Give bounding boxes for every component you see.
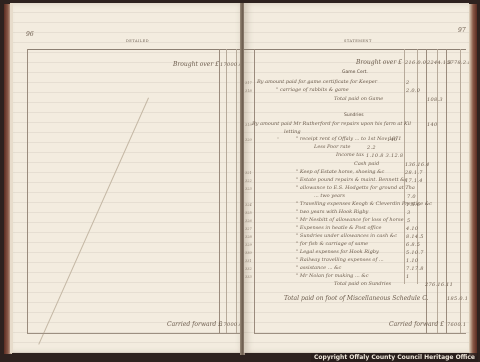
header-rule — [27, 49, 245, 50]
entry-amount: 7.17.8 — [406, 266, 424, 272]
amount-column-line — [446, 49, 447, 333]
section-title-sundries: Sundries — [344, 113, 364, 118]
entry-ref: 330 — [245, 251, 252, 255]
section-total-amount: 276.16.11 — [425, 282, 453, 288]
entry-amount: 136.16.4 — [405, 162, 430, 168]
entry-ref: 317 — [245, 81, 252, 85]
section-total-amount: 108.3 — [427, 97, 443, 103]
entry-text: letting — [284, 129, 301, 135]
right-page-number: 97 — [458, 27, 466, 34]
ledger-book: 96 DETAILED Brought over £ 17000.0.0 Car… — [0, 0, 480, 362]
brought-over-label: Brought over £ — [356, 59, 402, 66]
amount-column-line — [236, 49, 237, 333]
right-page-edges — [469, 4, 477, 356]
brought-over-amount-3: 5778.2.8 — [447, 60, 472, 66]
entry-text: " for fish & carriage of same — [296, 241, 368, 247]
entry-amount: 1.5.6 — [406, 202, 420, 208]
entry-ref: 323 — [245, 187, 252, 191]
amount-column-line — [226, 49, 227, 333]
amount-column-line — [426, 49, 427, 333]
entry-text: " Legal expenses for Hook Rigby — [296, 249, 379, 255]
entry-text: Less Poor rate — [314, 144, 351, 150]
entry-amount: 8.14.5 — [406, 234, 424, 240]
entry-text: " Expenses in heatle & Post office — [296, 225, 381, 231]
entry-text: " Keep of Estate horse, shoeing &c — [296, 169, 384, 175]
entry-ref: 325 — [245, 211, 252, 215]
entry-amount: 5 — [407, 218, 410, 224]
carried-forward-amount: 7600.1 — [447, 322, 466, 328]
schedule-total-amount: 185.0.1 — [447, 296, 468, 302]
entry-text: " Railway travelling expenses of ... — [296, 257, 384, 263]
entry-ref: 327 — [245, 227, 252, 231]
entry-amount: 28.1.7 — [405, 170, 423, 176]
entry-text: " Mr Nolan for making ... &c — [296, 273, 369, 279]
entry-amount: 2 — [406, 80, 409, 86]
entry-amount: 1.10.8 3.12.8 — [366, 153, 403, 159]
entry-text: " receipt rent of Offaly ... to 1st Nov … — [296, 136, 402, 142]
entry-amount: 1.10 — [406, 258, 418, 264]
right-column-heading: STATEMENT — [344, 39, 372, 43]
cancellation-stroke — [38, 98, 149, 345]
entry-text: " assistance ... &c — [296, 265, 341, 271]
entry-amount: 1 — [406, 274, 409, 280]
amount-column-line — [219, 49, 220, 333]
amount-column-line — [437, 49, 438, 333]
header-rule — [244, 49, 466, 50]
entry-text: " allowance to E.S. Hodgetts for ground … — [296, 185, 415, 191]
ditto-mark: " — [277, 136, 279, 141]
entry-amount: 3 — [407, 210, 410, 216]
footer-rule — [27, 333, 245, 334]
entry-ref: 333 — [245, 275, 252, 279]
schedule-total-label: Total paid on foot of Miscellaneous Sche… — [284, 295, 429, 302]
entry-amount: 2.0.0 — [406, 88, 420, 94]
right-page: 97 STATEMENT Brought over £ 216.0.0 2244… — [244, 3, 469, 353]
entry-ref: 332 — [245, 267, 252, 271]
entry-amount: 5.10.7 — [406, 250, 424, 256]
entry-amount: 140 — [427, 122, 437, 128]
left-page-number: 96 — [26, 31, 34, 38]
amount-column-line — [460, 49, 461, 333]
entry-amount: 7.0 — [407, 194, 416, 200]
section-title-game: Game Cert. — [342, 70, 368, 75]
entry-amount: 6.8.5 — [406, 242, 420, 248]
entry-ref: 328 — [245, 235, 252, 239]
entry-ref: 322 — [245, 179, 252, 183]
entry-amount: 17.1.4 — [405, 178, 423, 184]
entry-text: By amount paid Mr Rutherford for repairs… — [252, 121, 411, 127]
entry-text: Income tax — [336, 152, 364, 158]
entry-ref: 319 — [245, 123, 252, 127]
entry-text: " Mr Nesbitt of allowance for loss of ho… — [296, 217, 404, 223]
entry-ref: 321 — [245, 171, 252, 175]
entry-text: ... two years — [314, 193, 345, 199]
entry-amount: 140 — [387, 137, 397, 143]
brought-over-label: Brought over £ — [173, 61, 219, 68]
brought-over-amount-1: 216.0.0 — [405, 60, 426, 66]
entry-ref: 331 — [245, 259, 252, 263]
carried-forward-label: Carried forward £ — [167, 321, 222, 328]
carried-forward-label: Carried forward £ — [389, 321, 444, 328]
section-total-label: Total paid on Game — [334, 96, 383, 102]
entry-text: " Estate pound repairs & maint. Bennett … — [296, 177, 407, 183]
entry-text: " carriage of rabbits & game — [276, 87, 349, 93]
entry-amount: 2.2 — [367, 145, 376, 151]
footer-rule — [254, 333, 466, 334]
left-margin-line — [27, 49, 28, 333]
entry-text: " Sundries under allowances in cash &c — [296, 233, 397, 239]
left-page: 96 DETAILED Brought over £ 17000.0.0 Car… — [10, 3, 245, 353]
entry-text: Cash paid — [354, 161, 379, 167]
entry-ref: 324 — [245, 203, 252, 207]
entry-text: By amount paid for game certificate for … — [257, 79, 377, 85]
entry-ref: 329 — [245, 243, 252, 247]
entry-ref: 326 — [245, 219, 252, 223]
entry-ref: 318 — [245, 89, 252, 93]
entry-ref: 320 — [245, 138, 252, 142]
entry-text: " two years with Hook Rigby — [296, 209, 368, 215]
section-total-label: Total paid on Sundries — [334, 281, 391, 287]
copyright-watermark: Copyright Offaly County Council Heritage… — [311, 353, 478, 362]
ref-column-line — [254, 49, 255, 333]
entry-amount: 4.10 — [406, 226, 418, 232]
left-column-heading: DETAILED — [126, 39, 149, 43]
